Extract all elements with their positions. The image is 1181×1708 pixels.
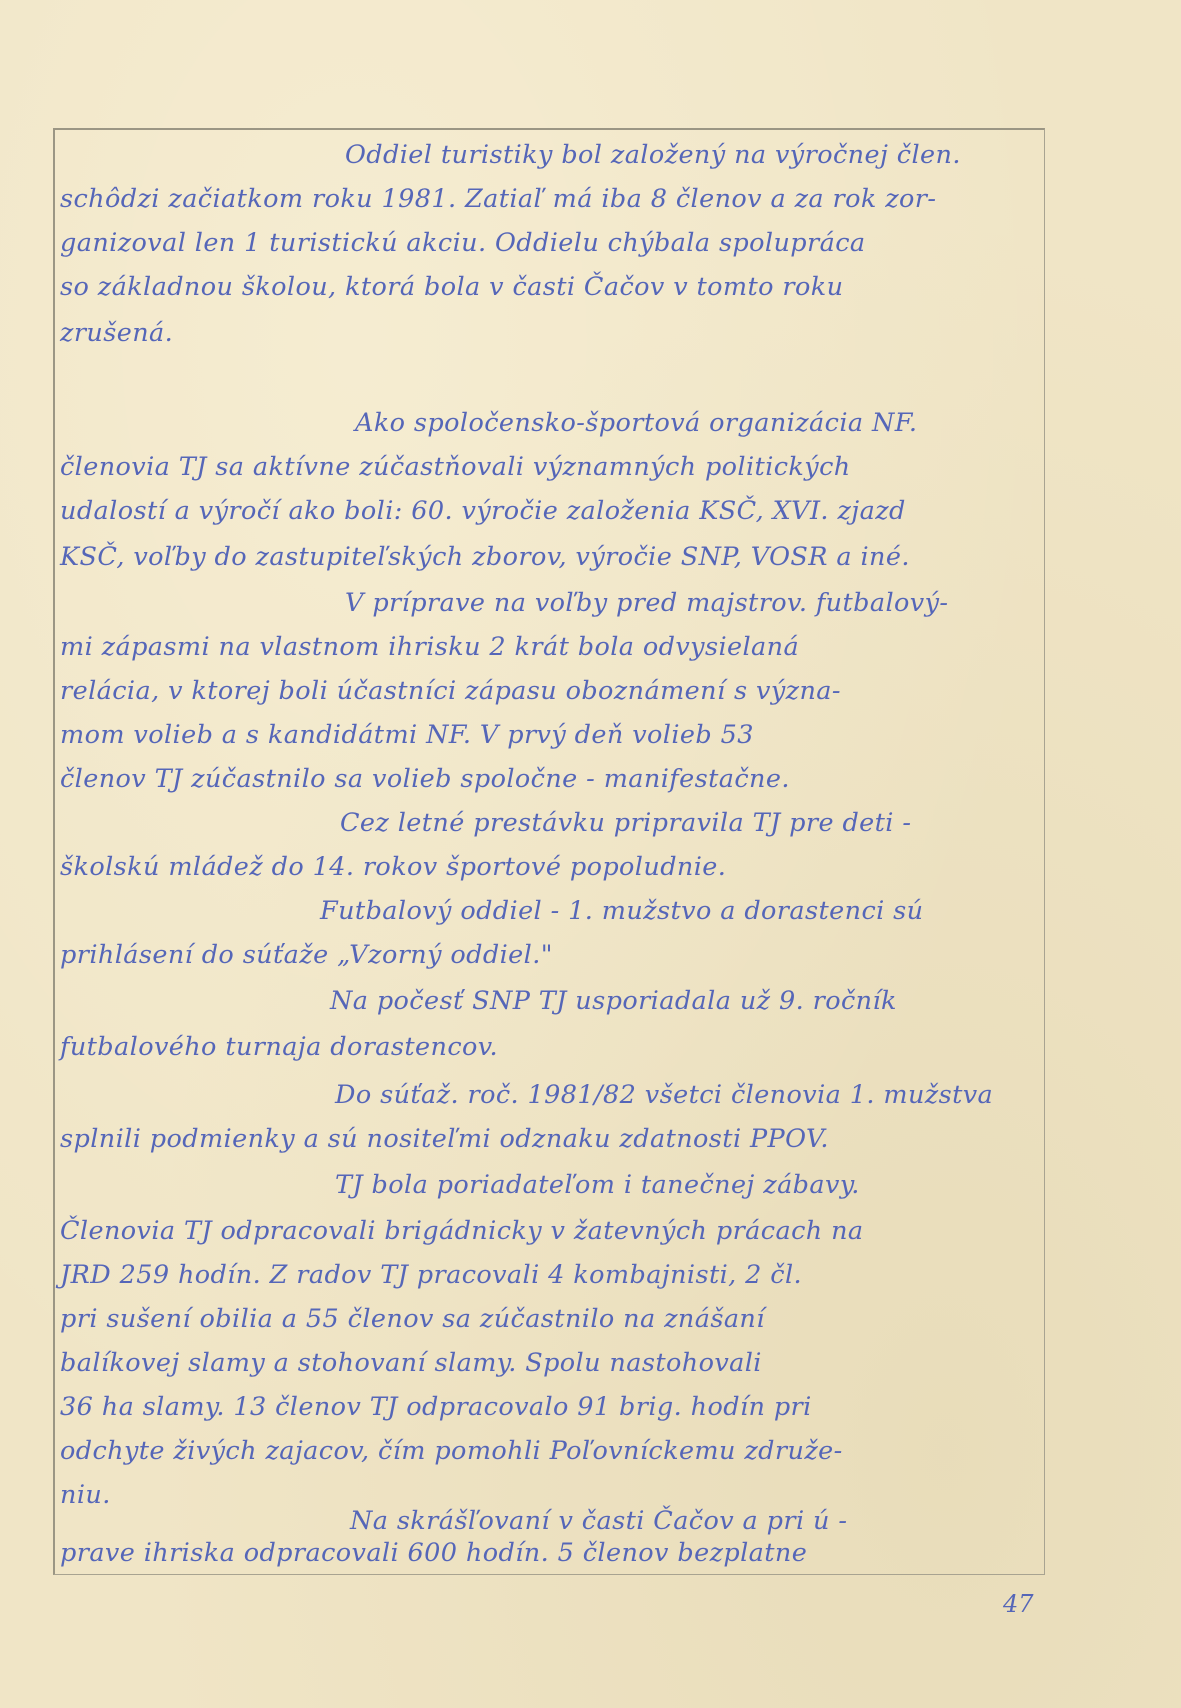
- text-line-15: Cez letné prestávku pripravila TJ pre de…: [340, 811, 911, 837]
- text-line-22: splnili podmienky a sú nositeľmi odznaku…: [60, 1127, 829, 1153]
- text-line-12: relácia, v ktorej boli účastníci zápasu …: [60, 679, 841, 705]
- text-line-26: pri sušení obilia a 55 členov sa zúčastn…: [60, 1307, 765, 1333]
- text-line-8: udalostí a výročí ako boli: 60. výročie …: [60, 499, 906, 525]
- text-line-7: členovia TJ sa aktívne zúčastňovali význ…: [60, 455, 851, 481]
- page-number: 47: [1003, 1590, 1034, 1618]
- text-line-30: niu.: [60, 1483, 111, 1509]
- text-line-9: KSČ, voľby do zastupiteľských zborov, vý…: [60, 545, 910, 571]
- text-line-17: Futbalový oddiel - 1. mužstvo a dorasten…: [320, 899, 924, 925]
- text-line-10: V príprave na voľby pred majstrov. futba…: [345, 591, 948, 617]
- text-line-16: školskú mládež do 14. rokov športové pop…: [60, 855, 726, 881]
- text-line-21: Do súťaž. roč. 1981/82 všetci členovia 1…: [335, 1083, 993, 1109]
- text-line-27: balíkovej slamy a stohovaní slamy. Spolu…: [60, 1351, 762, 1377]
- text-line-19: Na počesť SNP TJ usporiadala už 9. roční…: [330, 989, 897, 1015]
- text-line-23: TJ bola poriadateľom i tanečnej zábavy.: [335, 1173, 860, 1199]
- text-line-1: Oddiel turistiky bol založený na výročne…: [345, 143, 961, 169]
- text-line-24: Členovia TJ odpracovali brigádnicky v ža…: [60, 1219, 864, 1245]
- text-line-13: mom volieb a s kandidátmi NF. V prvý deň…: [60, 723, 754, 749]
- text-line-14: členov TJ zúčastnilo sa volieb spoločne …: [60, 767, 790, 793]
- text-line-25: JRD 259 hodín. Z radov TJ pracovali 4 ko…: [60, 1263, 802, 1289]
- text-line-20: futbalového turnaja dorastencov.: [60, 1035, 498, 1061]
- text-line-18: prihlásení do súťaže „Vzorný oddiel.": [60, 943, 553, 969]
- text-line-4: so základnou školou, ktorá bola v časti …: [60, 275, 843, 301]
- text-line-11: mi zápasmi na vlastnom ihrisku 2 krát bo…: [60, 635, 799, 661]
- text-line-29: odchyte živých zajacov, čím pomohli Poľo…: [60, 1439, 843, 1465]
- text-line-31: Na skrášľovaní v časti Čačov a pri ú -: [350, 1509, 847, 1535]
- text-line-2: schôdzi začiatkom roku 1981. Zatiaľ má i…: [60, 187, 936, 213]
- chronicle-page: Oddiel turistiky bol založený na výročne…: [0, 0, 1181, 1708]
- text-line-28: 36 ha slamy. 13 členov TJ odpracovalo 91…: [60, 1395, 812, 1421]
- text-line-5: zrušená.: [60, 321, 173, 347]
- text-line-32: prave ihriska odpracovali 600 hodín. 5 č…: [60, 1541, 807, 1567]
- text-line-6: Ako spoločensko-športová organizácia NF.: [355, 411, 917, 437]
- text-line-3: ganizoval len 1 turistickú akciu. Oddiel…: [60, 231, 866, 257]
